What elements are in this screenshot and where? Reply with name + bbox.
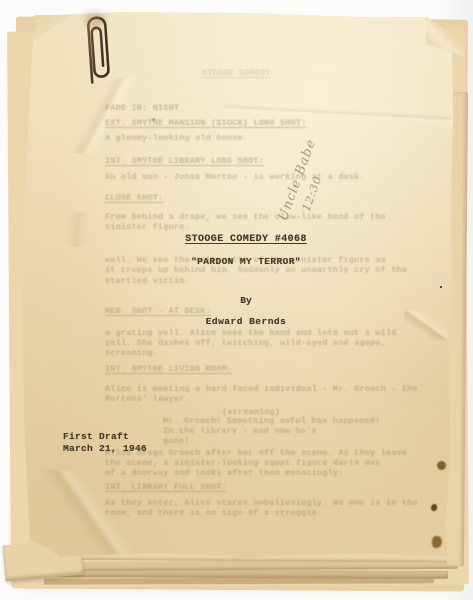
bleed-line: EXT. SMYTHE MANSION (STOCK) LONG SHOT: (105, 118, 306, 128)
bleed-line: Alice is meeting a hard-faced individual… (105, 384, 418, 394)
bleed-line: As they enter, Alice stares unbelievingl… (105, 498, 418, 508)
bleed-line: INT. SMYTHE LIVING ROOM: (105, 364, 232, 374)
draft-line1: First Draft (63, 431, 147, 443)
bleed-line: STOOGE COMEDY (0, 68, 473, 78)
bleed-line: gone! (163, 436, 190, 446)
bleed-line: In the library - and now he's (163, 426, 317, 436)
speck (440, 286, 442, 288)
stain (431, 504, 437, 511)
paperclip-icon (77, 7, 119, 93)
episode-title: "PARDON MY TERROR" (126, 256, 366, 267)
bleed-line: FADE IN: NIGHT (105, 103, 179, 113)
bleed-line: yell. She dashes off, twitching, wild-ey… (105, 338, 386, 348)
byline: By (126, 295, 366, 306)
bleed-line: screaming. (105, 348, 158, 358)
bleed-line: From behind a drape, we see the claw-lik… (105, 212, 386, 222)
bleed-line: startled victim. (105, 276, 190, 286)
bleed-line: room, and there is no sign of a struggle… (105, 508, 322, 518)
author-name: Edward Bernds (126, 316, 366, 327)
bleed-line: Mr. Grooch! Something awful has happened… (163, 416, 380, 426)
cover-page: STOOGE COMEDYFADE IN: NIGHTEXT. SMYTHE M… (0, 0, 473, 600)
series-title: STOOGE COMEDY #4068 (126, 234, 366, 245)
draft-block: First Draft March 21, 1946 (63, 431, 147, 455)
paperclip-icon (77, 7, 119, 93)
bleed-line: A gloomy-looking old house. (105, 133, 248, 143)
stain (437, 461, 446, 470)
bleed-line: An old man - Jonas Morton - is working a… (105, 172, 365, 182)
bleed-line: INT. SMYTHE LIBRARY LONG SHOT: (105, 156, 264, 166)
bleed-line: INT. LIBRARY FULL SHOT: (105, 482, 227, 492)
bleed-line: of a doorway and looks after them menaci… (105, 468, 344, 478)
bleed-line: Mortons' lawyer. (105, 394, 190, 404)
bleed-line: a grating yell. Alice sees the hand and … (105, 328, 397, 338)
bleed-line: the scene, a sinister-looking squat figu… (105, 458, 381, 468)
draft-line2: March 21, 1946 (63, 443, 147, 455)
speck (152, 118, 155, 121)
photo-of-script-cover: STOOGE COMEDYFADE IN: NIGHTEXT. SMYTHE M… (0, 0, 473, 600)
bleed-line: MED. SHOT - AT DESK: (105, 306, 211, 316)
bleed-line: CLOSE SHOT: (105, 193, 163, 203)
bleed-line: sinister figure. (105, 222, 190, 232)
bleed-line: Alice drags Grooch after her off the sce… (105, 448, 407, 458)
